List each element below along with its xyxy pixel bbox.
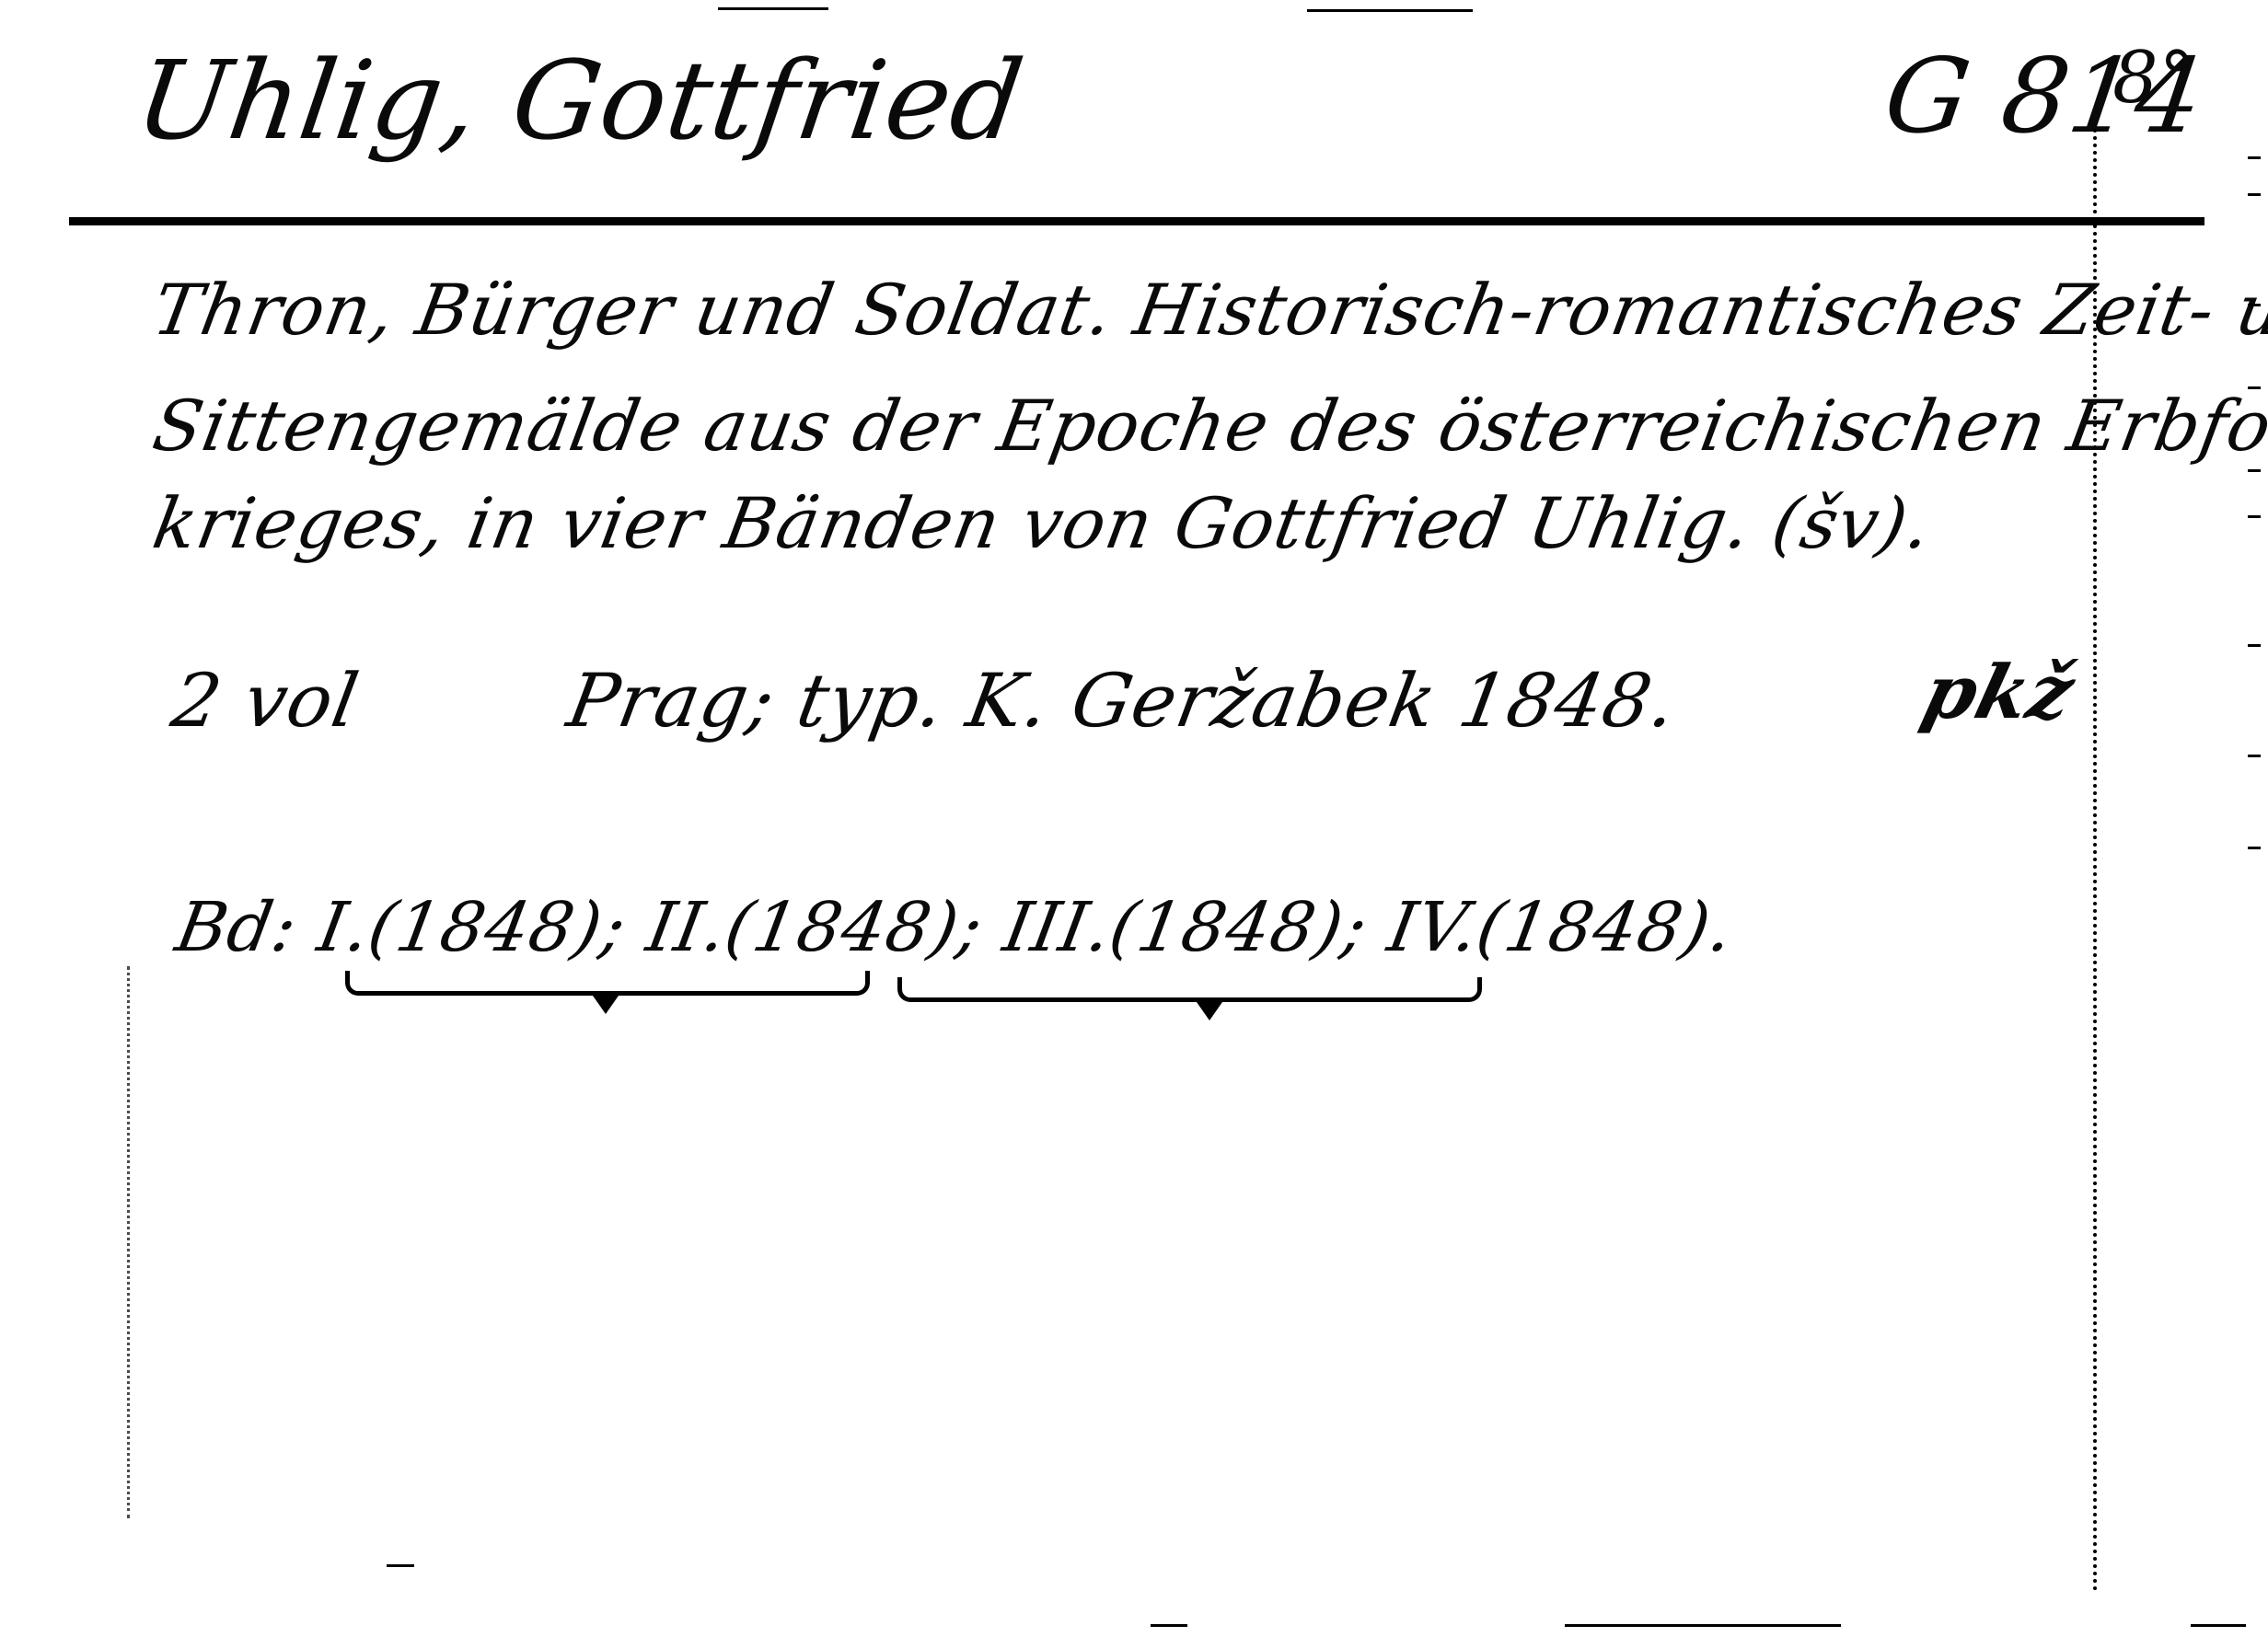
volume-count: 2 vol (166, 658, 365, 744)
scan-speck (387, 1564, 414, 1567)
scan-speck (1565, 1624, 1841, 1627)
scan-speck (718, 7, 828, 10)
volume-4-number: IV. (1383, 888, 1485, 967)
title-line-2: Sittengemälde aus der Epoche des österre… (147, 385, 2268, 467)
scan-speck (2191, 1624, 2246, 1627)
title-line-1: Thron, Bürger und Soldat. Historisch-rom… (147, 269, 2268, 351)
holdings-label: Bd: (170, 888, 304, 967)
cataloger-initials: pkž (1915, 649, 2083, 735)
author-heading: Uhlig, Gottfried (129, 37, 1031, 164)
volume-2-number: II. (642, 888, 734, 967)
brace-tip-icon (593, 996, 619, 1014)
holdings-line: Bd: I.(1848); II.(1848); III.(1848); IV.… (170, 888, 1740, 967)
scan-speck (1307, 9, 1473, 12)
right-edge-ticks (2240, 129, 2268, 957)
imprint: Prag; typ. K. Geržabek 1848. (561, 658, 1684, 744)
volume-1-year: (1848) (363, 888, 608, 967)
volume-3-year: (1848) (1104, 888, 1349, 967)
volume-4-year: (1848) (1471, 888, 1717, 967)
volume-2-year: (1848) (720, 888, 966, 967)
scan-speck (1151, 1624, 1187, 1627)
catalog-card: Uhlig, Gottfried G 814 8° Thron, Bürger … (0, 0, 2268, 1637)
volume-group-brace-1 (345, 971, 870, 996)
format-size: 8° (2112, 37, 2196, 120)
brace-tip-icon (1197, 1002, 1222, 1020)
volume-3-number: III. (998, 888, 1117, 967)
volume-group-brace-2 (897, 977, 1482, 1002)
left-margin-dotted-line (127, 966, 130, 1518)
heading-rule (69, 217, 2204, 225)
title-line-3: krieges, in vier Bänden von Gottfried Uh… (147, 482, 1938, 564)
